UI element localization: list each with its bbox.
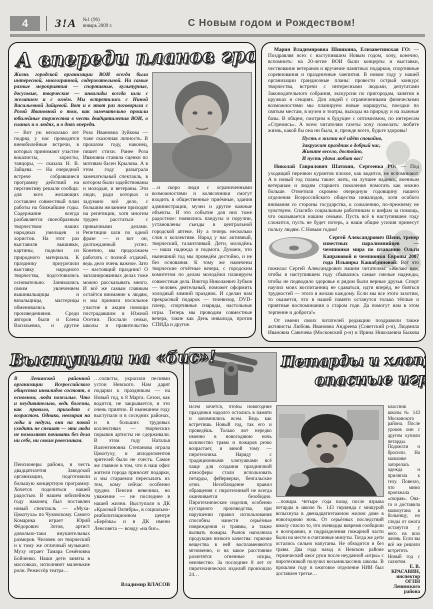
disc-photo bbox=[268, 236, 320, 260]
article-encore-lead: В Ленинской районной организации Всеросс… bbox=[14, 376, 90, 460]
masthead-logo: З!А bbox=[46, 16, 77, 31]
greeting-1-text: — Поздравляя всех с наступившим Новым го… bbox=[268, 47, 419, 134]
greeting-1: Мария Владимировна Шишкина, Елизаветинск… bbox=[268, 47, 419, 134]
article-plans-col1: — Вот уж несколько лет подряд у нас пров… bbox=[14, 130, 79, 330]
crying-boy-photo-drawing bbox=[277, 406, 383, 496]
holiday-banner: С Новым годом и Рождеством! bbox=[118, 18, 425, 29]
newspaper-page: 4 З!А №1 (96) январь 2009 г. С Новым год… bbox=[0, 0, 433, 609]
greeting-2-name: Николай Гаврилович Шатохин, Сергеевка РО… bbox=[274, 164, 396, 170]
crying-boy-photo bbox=[276, 405, 384, 497]
article-plans-headline: А впереди планов громадье bbox=[16, 45, 250, 72]
article-petards-signature: Е. В. КРАСАВИН, инспектор ОГПН Ленинског… bbox=[388, 565, 420, 595]
greeting-verse-1: Пусть в жизни всё идёт спокойно, Закружи… bbox=[302, 136, 419, 162]
bottom-row: Выступили на «бис»! В Ленинской районной… bbox=[8, 347, 426, 599]
signature-name: Е. В. КРАСАВИН, bbox=[388, 565, 420, 575]
article-petards-headline-1: Петарды и хлопушки — bbox=[281, 351, 426, 371]
issue-date: январь 2009 г. bbox=[83, 24, 113, 30]
article-petards-headline-2: опасные игрушки bbox=[303, 368, 426, 390]
portrait-photo-woman bbox=[152, 72, 252, 182]
article-encore-col2: …солисты, украсили песнями устои Невског… bbox=[94, 376, 170, 580]
verse-line: И пусть удача любит вас! bbox=[302, 156, 419, 163]
article-encore: Выступили на «бис»! В Ленинской районной… bbox=[8, 347, 178, 599]
article-plans-col3: …и скоро люди с ограниченными возможност… bbox=[152, 185, 252, 338]
top-row: А впереди планов громадье Жизнь городско… bbox=[8, 42, 426, 342]
signature-region: Ленинского района bbox=[388, 585, 420, 595]
article-plans-lead: Жизнь городской организации ВОИ всегда б… bbox=[14, 72, 148, 128]
portrait-photo-woman-drawing bbox=[153, 73, 251, 181]
article-encore-col1: Пенсионеры района, в честь двадцатилетия… bbox=[14, 462, 90, 590]
article-petards-col3: классник школы № 143 Московского района.… bbox=[388, 405, 420, 563]
greeting-2-text: — Под уходящий перезвон курантов плохое,… bbox=[268, 164, 419, 232]
article-greetings: Мария Владимировна Шишкина, Елизаветинск… bbox=[261, 42, 426, 342]
article-petards-col2: …пожара. Четыре года назад после взрыва … bbox=[276, 500, 384, 592]
signature-role: инспектор ОГПН bbox=[388, 575, 420, 585]
greeting-4: От имени своих читателей редакцию поздра… bbox=[268, 318, 419, 337]
page-number: 4 bbox=[10, 16, 40, 31]
greeting-4-text: От имени своих читателей редакцию поздра… bbox=[268, 318, 419, 337]
article-encore-signature: Владимир ВЛАСОВ bbox=[94, 582, 170, 588]
greeting-2: Николай Гаврилович Шатохин, Сергеевка РО… bbox=[268, 164, 419, 233]
article-petards-col1: Всем хочется, чтобы новогодние праздники… bbox=[189, 405, 272, 593]
article-plans-col2: Роза Ивановна Зуйкова — тоже сказочная л… bbox=[83, 130, 148, 330]
article-petards: Петарды и хлопушки — опасные игрушки Все… bbox=[183, 347, 426, 599]
article-encore-headline: Выступили на «бис»! bbox=[10, 348, 178, 370]
greeting-1-name: Мария Владимировна Шишкина, Елизаветинск… bbox=[274, 47, 411, 53]
greeting-3-text: Вот что пожелал Сергей Александрович наш… bbox=[268, 260, 419, 316]
page-header: 4 З!А №1 (96) январь 2009 г. С Новым год… bbox=[10, 16, 425, 37]
issue-info: №1 (96) январь 2009 г. bbox=[83, 18, 113, 30]
article-plans: А впереди планов громадье Жизнь городско… bbox=[8, 42, 256, 338]
